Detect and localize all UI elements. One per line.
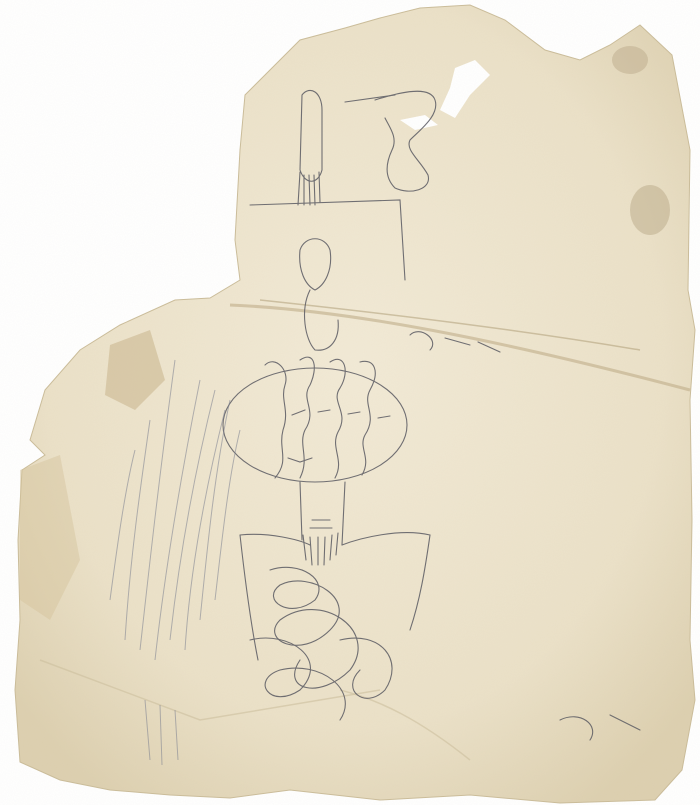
sketch-image xyxy=(0,0,700,805)
sketch-artwork xyxy=(0,0,700,805)
